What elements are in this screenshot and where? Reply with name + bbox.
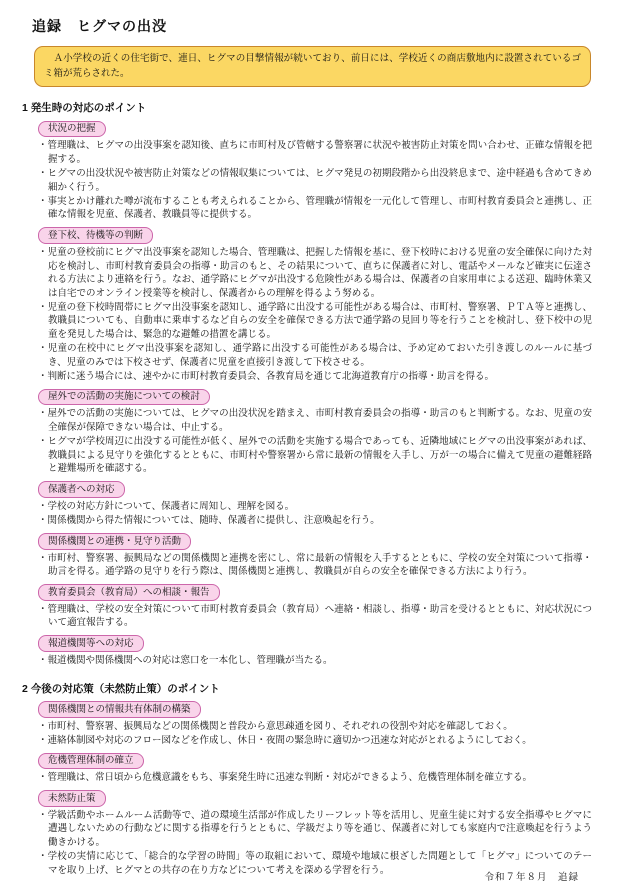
bullet-item: ・管理職は、常日頃から危機意識をもち、事案発生時に迅速な判断・対応ができるよう、… — [38, 771, 592, 785]
category-pill-row: 登下校、待機等の判断 — [38, 225, 592, 244]
document-page: 追録 ヒグマの出没 Ａ小学校の近くの住宅街で、連日、ヒグマの目撃情報が続いており… — [0, 0, 623, 895]
category-pill-row: 危機管理体制の確立 — [38, 750, 592, 769]
bullet-item: ・関係機関から得た情報については、随時、保護者に提供し、注意喚起を行う。 — [38, 514, 592, 528]
bullet-item: ・ヒグマが学校周辺に出没する可能性が低く、屋外での活動を実施する場合であっても、… — [38, 435, 592, 476]
bullet-item: ・児童の在校中にヒグマ出没事案を認知し、通学路に出没する可能性がある場合は、予め… — [38, 342, 592, 369]
category-pill: 未然防止策 — [38, 790, 106, 807]
intro-box: Ａ小学校の近くの住宅街で、連日、ヒグマの目撃情報が続いており、前日には、学校近く… — [34, 46, 591, 87]
bullet-item: ・ヒグマの出没状況や被害防止対策などの情報収集については、ヒグマ発見の初期段階か… — [38, 167, 592, 194]
bullet-item: ・児童の登下校時間帯にヒグマ出没事案を認知し、通学路に出没する可能性がある場合は… — [38, 301, 592, 342]
bullet-item: ・管理職は、学校の安全対策について市町村教育委員会（教育局）へ連絡・相談し、指導… — [38, 603, 592, 630]
category-pill: 登下校、待機等の判断 — [38, 227, 153, 244]
category-pill: 状況の把握 — [38, 121, 106, 138]
page-title: 追録 ヒグマの出没 — [32, 16, 592, 36]
category-pill-row: 未然防止策 — [38, 788, 592, 807]
bullet-item: ・学校の対応方針について、保護者に周知し、理解を図る。 — [38, 500, 592, 514]
section: 1 発生時の対応のポイント状況の把握・管理職は、ヒグマの出没事案を認知後、直ちに… — [22, 100, 592, 667]
category-pill-row: 保護者への対応 — [38, 479, 592, 498]
category-pill: 報道機関等への対応 — [38, 635, 144, 652]
category-pill-row: 教育委員会（教育局）への相談・報告 — [38, 582, 592, 601]
bullet-item: ・学級活動やホームルーム活動等で、道の環境生活部が作成したリーフレット等を活用し… — [38, 809, 592, 850]
category-pill: 保護者への対応 — [38, 481, 125, 498]
category-pill: 関係機関との情報共有体制の構築 — [38, 701, 201, 718]
category-pill: 危機管理体制の確立 — [38, 753, 144, 770]
bullet-item: ・管理職は、ヒグマの出没事案を認知後、直ちに市町村及び管轄する警察署に状況や被害… — [38, 139, 592, 166]
section-body: 状況の把握・管理職は、ヒグマの出没事案を認知後、直ちに市町村及び管轄する警察署に… — [38, 118, 592, 667]
category-pill-row: 報道機関等への対応 — [38, 633, 592, 652]
section-body: 関係機関との情報共有体制の構築・市町村、警察署、振興局などの関係機関と普段から意… — [38, 699, 592, 878]
bullet-item: ・報道機関や関係機関への対応は窓口を一本化し、管理職が当たる。 — [38, 654, 592, 668]
section: 2 今後の対応策（未然防止策）のポイント関係機関との情報共有体制の構築・市町村、… — [22, 681, 592, 878]
bullet-item: ・市町村、警察署、振興局などの関係機関と普段から意思疎通を図り、それぞれの役割や… — [38, 720, 592, 734]
bullet-item: ・判断に迷う場合には、速やかに市町村教育委員会、各教育局を通じて北海道教育庁の指… — [38, 370, 592, 384]
section-heading: 1 発生時の対応のポイント — [22, 100, 592, 115]
bullet-item: ・市町村、警察署、振興局などの関係機関と連携を密にし、常に最新の情報を入手すると… — [38, 552, 592, 579]
category-pill: 教育委員会（教育局）への相談・報告 — [38, 584, 220, 601]
section-heading: 2 今後の対応策（未然防止策）のポイント — [22, 681, 592, 696]
intro-text: Ａ小学校の近くの住宅街で、連日、ヒグマの目撃情報が続いており、前日には、学校近く… — [44, 53, 581, 79]
bullet-item: ・連絡体制図や対応のフロー図などを作成し、休日・夜間の緊急時に適切かつ迅速な対応… — [38, 734, 592, 748]
category-pill: 屋外での活動の実施についての検討 — [38, 389, 210, 406]
footer-date: 令和７年８月 追録 — [484, 869, 579, 883]
category-pill: 関係機関との連携・見守り活動 — [38, 533, 191, 550]
sections-container: 1 発生時の対応のポイント状況の把握・管理職は、ヒグマの出没事案を認知後、直ちに… — [22, 100, 592, 877]
bullet-item: ・事実とかけ離れた噂が流布することも考えられることから、管理職が情報を一元化して… — [38, 195, 592, 222]
category-pill-row: 屋外での活動の実施についての検討 — [38, 386, 592, 405]
bullet-item: ・児童の登校前にヒグマ出没事案を認知した場合、管理職は、把握した情報を基に、登下… — [38, 246, 592, 300]
category-pill-row: 関係機関との情報共有体制の構築 — [38, 699, 592, 718]
category-pill-row: 状況の把握 — [38, 118, 592, 137]
category-pill-row: 関係機関との連携・見守り活動 — [38, 531, 592, 550]
bullet-item: ・屋外での活動の実施については、ヒグマの出没状況を踏まえ、市町村教育委員会の指導… — [38, 407, 592, 434]
